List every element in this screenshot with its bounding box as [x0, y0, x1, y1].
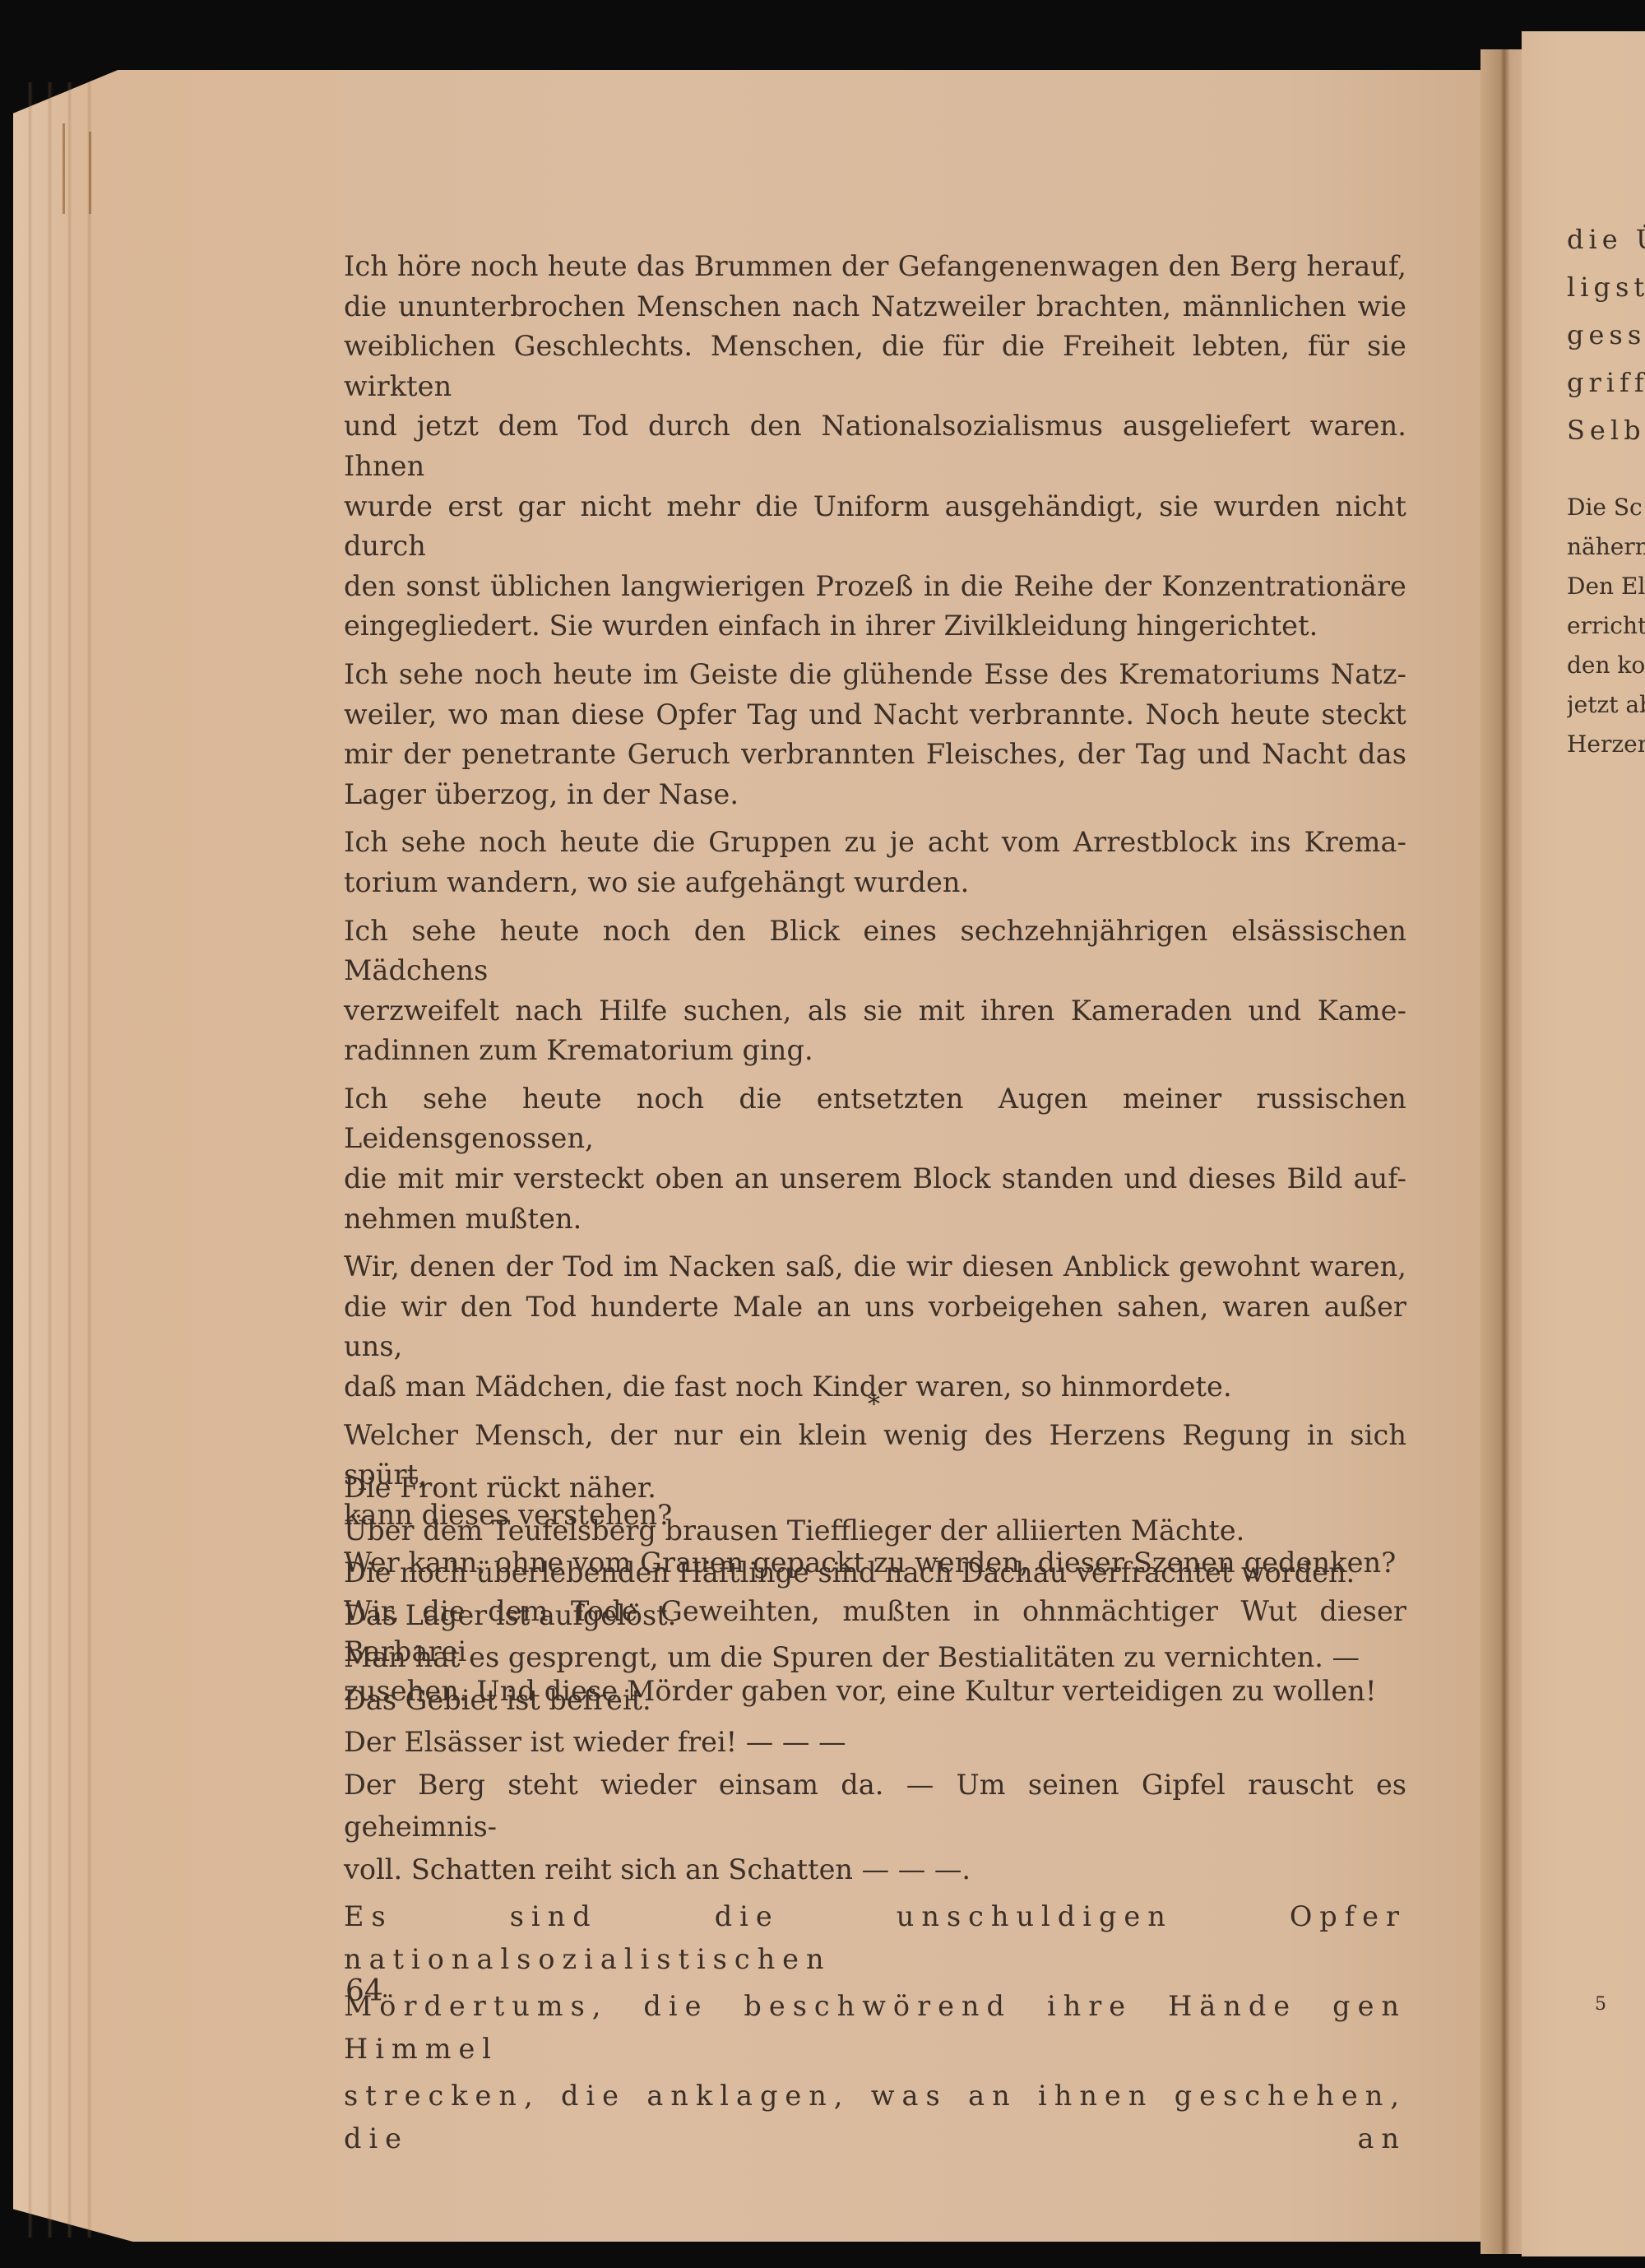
text-line: nehmen mußten. — [344, 1199, 1406, 1240]
page-number: 64 — [345, 1974, 383, 2008]
paragraph-1: Ich höre noch heute das Brummen der Gefa… — [344, 247, 1406, 647]
right-page-fragment: gesse — [1567, 319, 1645, 350]
right-page-fragment: Den El — [1567, 573, 1645, 600]
text-line: die ununterbrochen Menschen nach Natzwei… — [344, 287, 1406, 327]
right-page-number: 5 — [1595, 1994, 1606, 2015]
text-line: Das Gebiet ist befreit. — [344, 1679, 1406, 1722]
edge-stain — [89, 132, 91, 214]
right-page-fragment: Herzen — [1567, 730, 1645, 758]
right-page-fragment: griff — [1567, 367, 1645, 398]
right-page-fragment: ligste — [1567, 271, 1645, 303]
spaced-text-line: strecken, die anklagen, was an ihnen ges… — [344, 2075, 1406, 2159]
text-line: Die Front rückt näher. — [344, 1467, 1406, 1510]
text-line: weiblichen Geschlechts. Menschen, die fü… — [344, 327, 1406, 406]
text-line: Ich sehe noch heute die Gruppen zu je ac… — [344, 823, 1406, 863]
right-page-fragment: nähern — [1567, 533, 1645, 560]
paragraph-6: Wir, denen der Tod im Nacken saß, die wi… — [344, 1247, 1406, 1407]
paragraph-5: Ich sehe heute noch die entsetzten Augen… — [344, 1079, 1406, 1239]
text-line: den sonst üblichen langwierigen Prozeß i… — [344, 567, 1406, 607]
text-line: wurde erst gar nicht mehr die Uniform au… — [344, 487, 1406, 567]
text-line: Der Elsässer ist wieder frei! — — — — [344, 1721, 1406, 1764]
text-line: Ich sehe noch heute im Geiste die glühen… — [344, 655, 1406, 695]
right-page-fragment: jetzt ab — [1567, 691, 1645, 718]
text-line: die mit mir versteckt oben an unserem Bl… — [344, 1159, 1406, 1199]
text-line: verzweifelt nach Hilfe suchen, als sie m… — [344, 991, 1406, 1032]
text-line: Lager überzog, in der Nase. — [344, 775, 1406, 815]
page-edges — [13, 82, 104, 2238]
text-line: und jetzt dem Tod durch den Nationalsozi… — [344, 406, 1406, 486]
text-line: mir der penetrante Geruch verbrannten Fl… — [344, 735, 1406, 775]
text-line: Über dem Teufelsberg brausen Tiefflieger… — [344, 1510, 1406, 1552]
text-line: eingegliedert. Sie wurden einfach in ihr… — [344, 606, 1406, 647]
right-page — [1522, 31, 1645, 2256]
right-page-fragment: Selbs — [1567, 415, 1645, 446]
text-line: Die noch überlebenden Häftlinge sind nac… — [344, 1551, 1406, 1594]
text-line: Der Berg steht wieder einsam da. — Um se… — [344, 1764, 1406, 1848]
right-page-fragment: den ko — [1567, 652, 1645, 679]
text-line: Ich sehe heute noch den Blick eines sech… — [344, 911, 1406, 991]
text-line: radinnen zum Krematorium ging. — [344, 1031, 1406, 1071]
right-page-fragment: Die Sc — [1567, 494, 1645, 521]
paragraph-3: Ich sehe noch heute die Gruppen zu je ac… — [344, 823, 1406, 902]
text-line: voll. Schatten reiht sich an Schatten — … — [344, 1848, 1406, 1891]
edge-stain — [63, 123, 65, 214]
spaced-text-line: Es sind die unschuldigen Opfer nationals… — [344, 1895, 1406, 1980]
right-page-fragment: errichte — [1567, 612, 1645, 639]
text-line: Ich sehe heute noch die entsetzten Augen… — [344, 1079, 1406, 1159]
paragraph-4: Ich sehe heute noch den Blick eines sech… — [344, 911, 1406, 1071]
paragraph-2: Ich sehe noch heute im Geiste die glühen… — [344, 655, 1406, 814]
text-line: Das Lager ist aufgelöst. — [344, 1594, 1406, 1637]
text-line: Wir, denen der Tod im Nacken saß, die wi… — [344, 1247, 1406, 1287]
text-line: weiler, wo man diese Opfer Tag und Nacht… — [344, 695, 1406, 735]
text-line: torium wandern, wo sie aufgehängt wurden… — [344, 863, 1406, 903]
spaced-text-line: Mördertums, die beschwörend ihre Hände g… — [344, 1985, 1406, 2070]
right-page-fragment: die Ü — [1567, 224, 1645, 255]
text-line: die wir den Tod hunderte Male an uns vor… — [344, 1287, 1406, 1367]
section-2: Die Front rückt näher. Über dem Teufelsb… — [344, 1467, 1406, 2159]
text-line: Man hat es gesprengt, um die Spuren der … — [344, 1636, 1406, 1679]
section-separator: * — [868, 1390, 880, 1419]
text-line: Ich höre noch heute das Brummen der Gefa… — [344, 247, 1406, 287]
